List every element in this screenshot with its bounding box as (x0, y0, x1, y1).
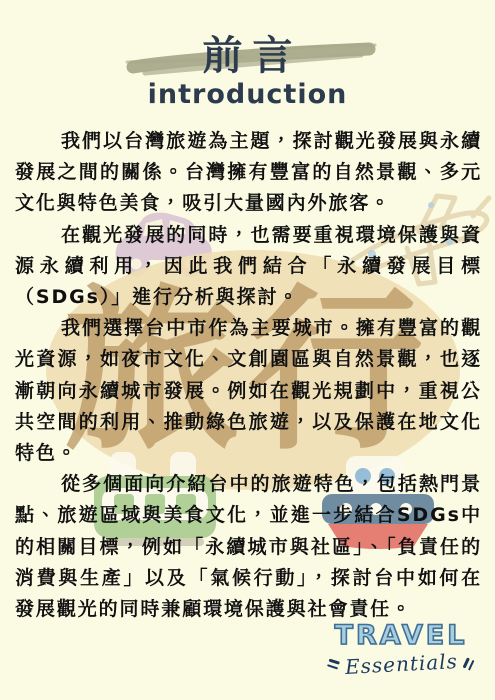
double-dash-icon (460, 656, 477, 672)
paragraph: 我們以台灣旅遊為主題，探討觀光發展與永續發展之間的關係。台灣擁有豐富的自然景觀、… (15, 126, 482, 220)
page-subtitle: introduction (0, 79, 495, 110)
paragraph: 從多個面向介紹台中的旅遊特色，包括熱門景點、旅遊區域與美食文化，並進一步結合SD… (15, 469, 482, 625)
header: 前言 introduction (0, 0, 495, 110)
travel-essentials-logo: TRAVEL Essentials (325, 620, 477, 676)
paragraph: 在觀光發展的同時，也需要重視環境保護與資源永續利用，因此我們結合「永續發展目標（… (15, 220, 482, 314)
body-text: 我們以台灣旅遊為主題，探討觀光發展與永續發展之間的關係。台灣擁有豐富的自然景觀、… (15, 126, 482, 625)
page-title: 前言 (0, 24, 495, 81)
double-dash-icon (326, 656, 341, 673)
logo-travel-text: TRAVEL (325, 620, 477, 651)
poster-page: 旅行 (0, 0, 495, 700)
logo-essentials-text: Essentials (344, 649, 458, 679)
paragraph: 我們選擇台中市作為主要城市。擁有豐富的觀光資源，如夜市文化、文創園區與自然景觀，… (15, 313, 482, 469)
